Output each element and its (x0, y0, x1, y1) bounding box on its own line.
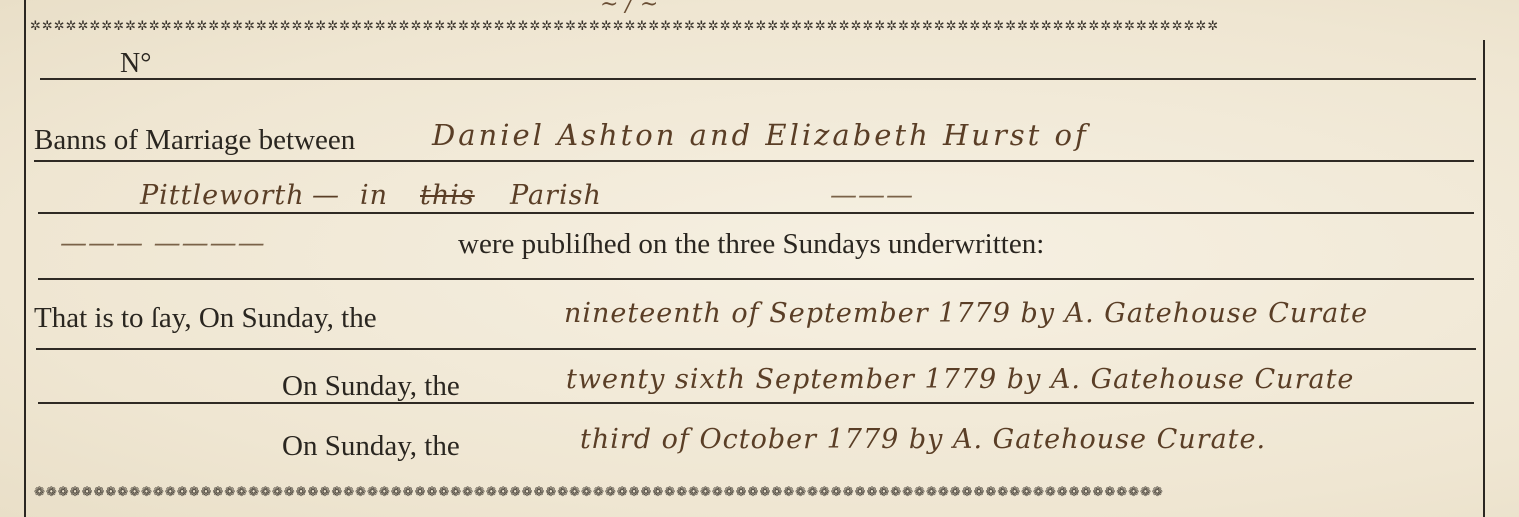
previous-entry-fragment: ~ / ~ (600, 0, 658, 17)
banns-names: Daniel Ashton and Elizabeth Hurst of (432, 118, 1089, 152)
banns-label: Banns of Marriage between (34, 124, 355, 157)
left-frame-line (24, 0, 26, 517)
sunday-3-entry: third of October 1779 by A. Gatehouse Cu… (580, 424, 1266, 455)
residence-in: in (360, 180, 388, 211)
register-page: ~ / ~ ✲✲✲✲✲✲✲✲✲✲✲✲✲✲✲✲✲✲✲✲✲✲✲✲✲✲✲✲✲✲✲✲✲✲… (0, 0, 1519, 517)
residence-struck-word: this (420, 180, 475, 211)
rule-5 (36, 348, 1476, 350)
residence-dash: — (312, 180, 340, 211)
rule-1 (40, 78, 1476, 80)
top-ornamental-border: ✲✲✲✲✲✲✲✲✲✲✲✲✲✲✲✲✲✲✲✲✲✲✲✲✲✲✲✲✲✲✲✲✲✲✲✲✲✲✲✲… (30, 20, 1476, 34)
rule-2 (34, 160, 1474, 162)
right-frame-line (1483, 40, 1485, 517)
sunday-1-entry: nineteenth of September 1779 by A. Gateh… (564, 298, 1368, 329)
bottom-ornamental-border: ❁❁❁❁❁❁❁❁❁❁❁❁❁❁❁❁❁❁❁❁❁❁❁❁❁❁❁❁❁❁❁❁❁❁❁❁❁❁❁❁… (34, 486, 1480, 500)
sunday-3-label: On Sunday, the (282, 430, 460, 463)
residence-trailing-dash: ——— (830, 180, 914, 211)
residence-place: Pittleworth (140, 180, 305, 211)
entry-number-label: N° (120, 48, 151, 80)
rule-4 (38, 278, 1474, 280)
sunday-2-label: On Sunday, the (282, 370, 460, 403)
residence-parish: Parish (510, 180, 602, 211)
sunday-1-label: That is to ſay, On Sunday, the (34, 302, 377, 335)
rule-3 (38, 212, 1474, 214)
sunday-2-entry: twenty sixth September 1779 by A. Gateho… (566, 364, 1354, 395)
published-text: were publiſhed on the three Sundays unde… (458, 228, 1044, 261)
rule-6 (38, 402, 1474, 404)
leading-dashes: ——— ———— (60, 228, 266, 259)
